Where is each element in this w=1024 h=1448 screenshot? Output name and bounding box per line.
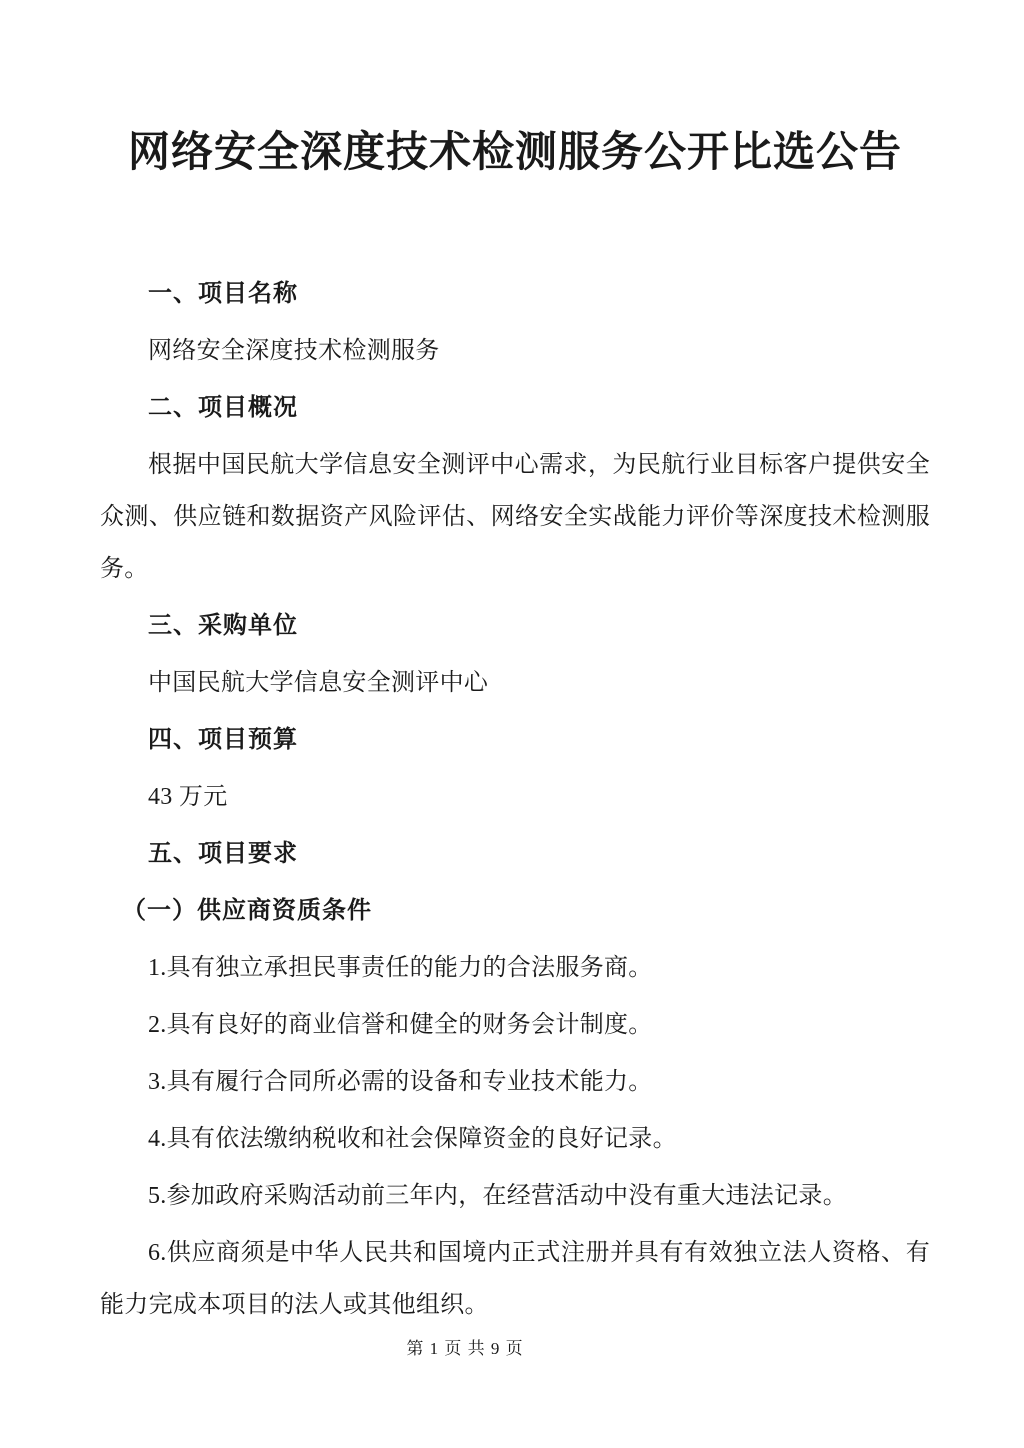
document-body: 一、项目名称网络安全深度技术检测服务二、项目概况根据中国民航大学信息安全测评中心… — [100, 268, 930, 1331]
list-item: 3.具有履行合同所必需的设备和专业技术能力。 — [100, 1056, 930, 1108]
document-title: 网络安全深度技术检测服务公开比选公告 — [100, 128, 930, 178]
list-item: 2.具有良好的商业信誉和健全的财务会计制度。 — [100, 999, 930, 1051]
paragraph: 网络安全深度技术检测服务 — [100, 325, 930, 377]
paragraph: 根据中国民航大学信息安全测评中心需求，为民航行业目标客户提供安全众测、供应链和数… — [100, 439, 930, 595]
subsection-heading: （一）供应商资质条件 — [100, 885, 930, 937]
page-footer: 第 1 页 共 9 页 — [0, 1336, 930, 1362]
list-item: 4.具有依法缴纳税收和社会保障资金的良好记录。 — [100, 1113, 930, 1165]
list-item: 5.参加政府采购活动前三年内，在经营活动中没有重大违法记录。 — [100, 1170, 930, 1222]
paragraph: 中国民航大学信息安全测评中心 — [100, 657, 930, 709]
paragraph: 43 万元 — [100, 771, 930, 823]
list-item: 6.供应商须是中华人民共和国境内正式注册并具有有效独立法人资格、有能力完成本项目… — [100, 1227, 930, 1331]
document-content: 网络安全深度技术检测服务公开比选公告 一、项目名称网络安全深度技术检测服务二、项… — [100, 0, 930, 1336]
section-heading: 三、采购单位 — [100, 600, 930, 652]
section-heading: 四、项目预算 — [100, 714, 930, 766]
page-number-label: 第 1 页 共 9 页 — [406, 1339, 523, 1358]
section-heading: 二、项目概况 — [100, 382, 930, 434]
list-item: 1.具有独立承担民事责任的能力的合法服务商。 — [100, 942, 930, 994]
document-page: 网络安全深度技术检测服务公开比选公告 一、项目名称网络安全深度技术检测服务二、项… — [0, 0, 1024, 1448]
section-heading: 一、项目名称 — [100, 268, 930, 320]
section-heading: 五、项目要求 — [100, 828, 930, 880]
